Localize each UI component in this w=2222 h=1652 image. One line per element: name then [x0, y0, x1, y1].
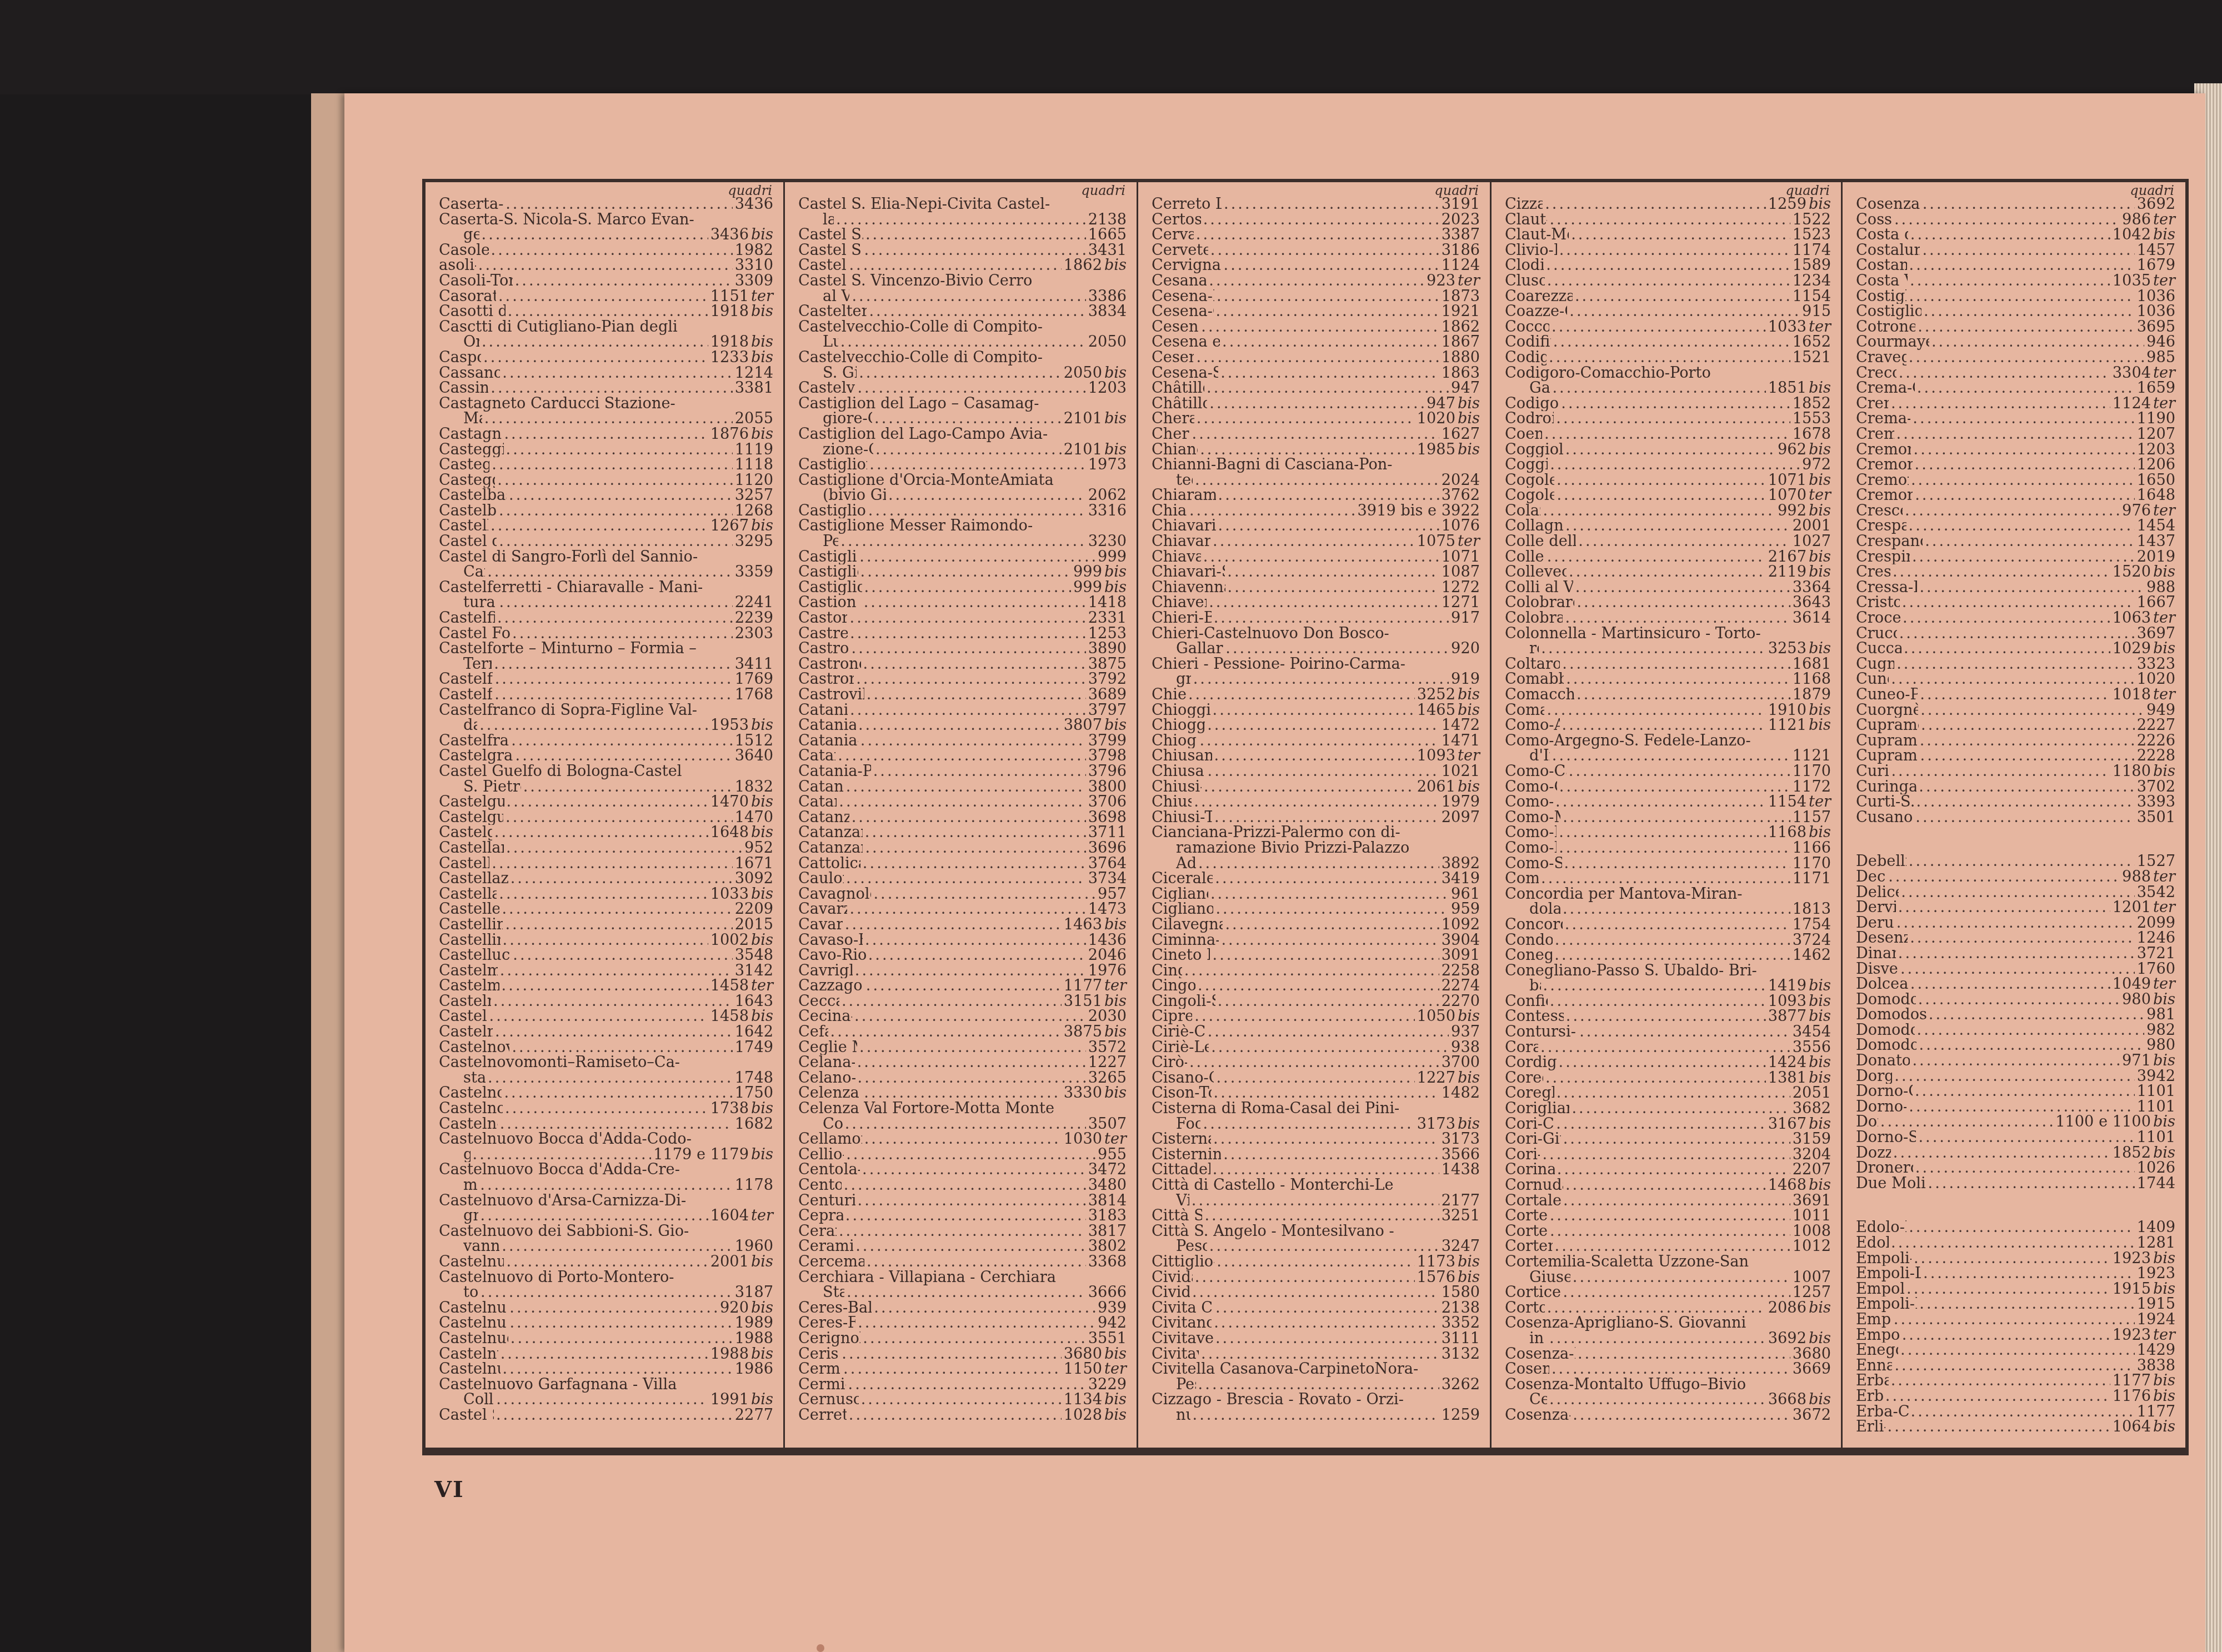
leader-dots	[865, 840, 1085, 856]
entry-name: Castel S. Angelo-Visso	[439, 1408, 494, 1423]
index-entry: Como-Argegno-Menaggio1121bis	[1505, 718, 1831, 733]
table-number: 952	[744, 840, 773, 856]
leader-dots	[1922, 243, 2134, 258]
leader-dots	[506, 442, 733, 458]
index-entry: Corticelle Pieve-Rovato1257	[1505, 1285, 1831, 1300]
index-entry: Castelnovomonti-Sassuolo1750	[439, 1085, 773, 1101]
table-number: 3643	[1793, 595, 1831, 610]
leader-dots	[508, 304, 708, 319]
leader-dots	[844, 1178, 1086, 1193]
table-suffix: bis	[1104, 441, 1127, 458]
table-number: 1119	[735, 442, 773, 458]
table-number: 2062	[1088, 488, 1127, 503]
table-number: 1012	[1793, 1239, 1831, 1254]
table-suffix: ter	[1809, 487, 1831, 504]
entry-name: Cori-Stazione	[1505, 1147, 1540, 1163]
index-entry: Corato-Trani3556	[1505, 1040, 1831, 1055]
entry-name: asoli-Stazione	[439, 258, 476, 273]
entry-name-line: Codigoro-Comacchio-Porto	[1505, 366, 1831, 381]
leader-dots	[1552, 748, 1790, 764]
table-suffix: bis	[2153, 991, 2175, 1008]
entry-name: Castel del Monte-Ofena	[439, 534, 497, 549]
leader-dots	[847, 1285, 1086, 1300]
table-suffix: ter	[2153, 395, 2175, 412]
table-number: 1988bis	[710, 1346, 773, 1362]
index-entry: Contessa Entellina-Stazione3877bis	[1505, 1009, 1831, 1024]
entry-name: Chiavari-Rezzoaglio	[1152, 549, 1201, 565]
entry-name: Castiglione Tin.-S. Stefano B.	[798, 580, 862, 595]
entry-name: Cressa-Fontaneto-Oleggio	[1856, 580, 1917, 595]
entry-name: Cirò-Stazione	[1152, 1055, 1187, 1070]
index-entry: Castronovo-Stazione3890	[798, 641, 1127, 657]
entry-name: Chiaramonti-Sassari	[1152, 503, 1187, 519]
table-number: 3734	[1088, 871, 1127, 887]
entry-name: Disvetro-Modena	[1856, 962, 1898, 977]
table-number: 1512	[735, 733, 773, 749]
entry-name: Celana-Caprino-Olgiate	[798, 1055, 855, 1070]
leader-dots	[505, 1101, 708, 1117]
table-number: 999bis	[1073, 580, 1127, 595]
table-number: 1915bis	[2113, 1281, 2175, 1297]
table-number: 3257	[735, 488, 773, 503]
index-entry: Castiglione M. Marino-Atessa3316	[798, 503, 1127, 519]
leader-dots	[1563, 810, 1790, 825]
entry-name: Desenzano-Cunettone	[1856, 930, 1908, 946]
leader-dots	[1192, 1285, 1439, 1300]
entry-name: Due Molini (Modena)-Formigine	[1856, 1176, 1926, 1192]
entry-name: Cugnoli-Alanno	[1856, 657, 1894, 672]
index-entry: Enego-Primolano1429	[1856, 1343, 2175, 1358]
table-number: 923ter	[1427, 273, 1480, 289]
entry-name: Chiavari-Frisolino-Rivo Orti	[1152, 518, 1216, 534]
leader-dots	[849, 1408, 1062, 1423]
entry-name: Colli al Volturno-Cassino Staz.	[1505, 580, 1573, 595]
leader-dots	[1193, 1408, 1439, 1423]
entry-name: Castelnovomonti-Villaminozzo	[439, 1101, 503, 1117]
entry-name: Cervignano Lodig.-Melegnano.	[1152, 258, 1222, 273]
index-entry: Cingoli-S. Severino Marche2270	[1152, 994, 1480, 1009]
table-suffix: ter	[751, 977, 773, 994]
leader-dots	[1919, 1038, 2144, 1053]
leader-dots	[1569, 304, 1800, 319]
table-suffix: bis	[751, 793, 773, 810]
entry-name: Cupramontana-Staffolo-Jesi	[1856, 748, 1918, 764]
entry-name: Castelfranco-Modena	[439, 687, 492, 703]
index-entry: Ceccano-Stazione3151bis	[798, 994, 1127, 1009]
table-number: 1020bis	[1417, 411, 1480, 427]
table-number: 1982	[735, 243, 773, 258]
index-entry: Castelnuovo di Porto-Montero-tondo3187	[439, 1270, 773, 1300]
table-number: 1910bis	[1768, 703, 1831, 718]
leader-dots	[830, 1024, 1062, 1040]
table-number: 3092	[735, 871, 773, 887]
leader-dots	[1203, 1117, 1414, 1132]
leader-dots	[1557, 488, 1765, 503]
index-entry: Curti-S. Cipriano-Salerno3393	[1856, 794, 2175, 810]
entry-name: Cesena-Bagno di Romagna	[1152, 289, 1214, 304]
leader-dots	[1563, 1132, 1790, 1147]
leader-dots	[1919, 580, 2144, 595]
entry-name: Ceccano-Stazione	[798, 994, 839, 1009]
entry-name: Dorno-S. Nazzaro-Mortara	[1856, 1130, 1916, 1145]
table-number: 1028bis	[1064, 1408, 1127, 1423]
table-number: 3167bis	[1768, 1117, 1831, 1132]
table-number: 1643	[735, 994, 773, 1009]
entry-name: Cherso-Ossero	[1152, 427, 1190, 442]
entry-name: Chiavenna-Castasegna	[1152, 595, 1207, 610]
entry-name: Edolo-Tirano	[1856, 1235, 1889, 1251]
table-suffix: ter	[2153, 686, 2175, 703]
table-number: 3792	[1088, 672, 1127, 687]
table-suffix: ter	[2153, 364, 2175, 382]
table-number: 1008	[1793, 1224, 1831, 1239]
entry-name: Castelnovomonti-Sassuolo	[439, 1085, 502, 1101]
entry-name: Chiusano-Retorbido-Voghera	[1152, 748, 1212, 764]
entry-name: giore-Castiglion del Lago	[823, 411, 872, 427]
index-entry: Erba-Cantù1176bis	[1856, 1389, 2175, 1404]
index-entry: Cosenza-Aprigliano-S. Giovanniin Fiore36…	[1505, 1315, 1831, 1346]
table-number: 942	[1098, 1315, 1127, 1331]
index-entry: Colli al Volturno-Cassino Staz.3364	[1505, 580, 1831, 595]
table-number: 2061bis	[1417, 779, 1480, 795]
index-entry: Castiglion del Lago – Casamag-giore-Cast…	[798, 396, 1127, 427]
entry-name: Costa Vescovato-Tortona	[1856, 273, 1908, 289]
index-entry: Costa di Morbello-Acqui.1042bis	[1856, 227, 2175, 243]
table-number: 3691	[1793, 1193, 1831, 1209]
table-number: 3183	[1088, 1208, 1127, 1224]
entry-name: Codigoro-Formignana.	[1505, 396, 1559, 412]
entry-name: Castel S. Lorenzo-Capaccio	[798, 243, 862, 258]
table-number: 1418	[1088, 595, 1127, 610]
entry-name-line: Castelnovomonti–Ramiseto–Ca-	[439, 1055, 773, 1070]
index-entry: Cortemilia-Acqui1011	[1505, 1208, 1831, 1224]
table-suffix: bis	[2153, 1388, 2175, 1405]
entry-name: Comano-Licciana	[1505, 703, 1544, 718]
index-entry: Colazza-Meina992bis	[1505, 503, 1831, 519]
leader-dots	[1898, 946, 2135, 962]
entry-name-line: Castelvecchio-Colle di Compito-	[798, 319, 1127, 335]
index-entry: Cesana-Sauze di Cesana923ter	[1152, 273, 1480, 289]
leader-dots	[859, 1040, 1086, 1055]
leader-dots	[1564, 856, 1790, 872]
table-number: 1463bis	[1064, 917, 1127, 933]
entry-name: tura Tabacchi	[463, 595, 497, 610]
index-entry: Cavarzere-Chioggia1473	[798, 902, 1127, 917]
table-suffix: bis	[2153, 1144, 2175, 1162]
leader-dots	[1565, 518, 1790, 534]
leader-dots	[492, 856, 732, 872]
leader-dots	[1217, 289, 1439, 304]
entry-name: Centola-S. Giovanni a Piro	[798, 1162, 860, 1178]
entry-name: Castellazzara-Acquapendente	[439, 871, 508, 887]
entry-name: stagneto	[463, 1070, 486, 1086]
entry-name: Cori-Cisterna di Roma	[1505, 1117, 1554, 1132]
index-entry: Dolceacqua-Monte Carlo1049ter	[1856, 977, 2175, 992]
index-entry: Cori-Giulianello-Velletri3159	[1505, 1132, 1831, 1147]
index-entry: Crema-Vailate-Treviglio1190	[1856, 411, 2175, 427]
table-number: 3566	[1442, 1147, 1480, 1163]
table-number: 1268	[735, 503, 773, 519]
leader-dots	[515, 273, 733, 289]
leader-dots	[1885, 1389, 2110, 1404]
leader-dots	[512, 1040, 732, 1055]
table-suffix: ter	[1104, 1130, 1127, 1148]
table-number: 1234	[1793, 273, 1831, 289]
entry-name: Cremona-Castelvisconti	[1856, 442, 1911, 458]
table-number: 1527	[2137, 854, 2175, 869]
index-entry: Cividale-Udine1580	[1152, 1285, 1480, 1300]
leader-dots	[1894, 1358, 2134, 1374]
table-number: 1876bis	[710, 427, 773, 442]
table-number: 3542	[2137, 885, 2175, 900]
table-number: 3111	[1442, 1331, 1480, 1346]
leader-dots	[839, 1224, 1086, 1239]
leader-dots	[489, 1009, 708, 1024]
table-number: 1681	[1793, 657, 1831, 672]
index-entry: Cigliano-Alice Castello961	[1152, 887, 1480, 902]
leader-dots	[1201, 319, 1439, 335]
leader-dots	[1880, 1114, 2053, 1130]
entry-name: Costa di Morbello-Acqui.	[1856, 227, 1908, 243]
entry-name: Castrezzato-Brescia	[798, 626, 848, 642]
index-entry: Castellazzara-Acquapendente3092	[439, 871, 773, 887]
table-number: 1049ter	[2113, 977, 2175, 992]
entry-name: Castelmassa-Ostiglia	[439, 1009, 487, 1024]
index-entry: Chiaramonti-Sassari3919 bis e 3922	[1152, 503, 1480, 519]
index-entry: Cisterna di Roma-Casal dei Pini-Foce Ver…	[1152, 1101, 1480, 1132]
leader-dots	[869, 304, 1085, 319]
index-entry: Civitavecchia-Tolfa3132	[1152, 1346, 1480, 1362]
index-entry: Cupramontana-Castelplanio2227	[1856, 718, 2175, 733]
table-number: 3614	[1793, 610, 1831, 626]
entry-name: Crespano-Castelfranco Veneto	[1856, 534, 1923, 549]
index-entry: Castiglione Tinella-Alba999	[798, 549, 1127, 565]
index-entry: Empoli-Limite-Capraia1915bis	[1856, 1281, 2175, 1297]
index-entry: Cossogno-Intra986ter	[1856, 212, 2175, 228]
table-number: 3252bis	[1417, 687, 1480, 703]
leader-dots	[506, 1254, 708, 1270]
leader-dots	[500, 963, 733, 979]
table-number: 1281	[2137, 1235, 2175, 1251]
index-entry: Castelbelforte-Mantova1268	[439, 503, 773, 519]
table-number: 1471	[1442, 733, 1480, 749]
entry-name-line: Cisterna di Roma-Casal dei Pini-	[1152, 1101, 1480, 1117]
entry-name: Domodossola-Antrona-Piana	[1856, 992, 1916, 1008]
leader-dots	[1557, 473, 1766, 488]
table-number: 3682	[1793, 1101, 1831, 1117]
index-entry: Châtillon-St. Vincent947	[1152, 381, 1480, 396]
table-number: 2270	[1442, 994, 1480, 1009]
entry-name: Cefalù-Colla	[798, 1024, 828, 1040]
entry-name: Deruta-Perugia	[1856, 915, 1894, 931]
entry-name: Crema-Milano	[1856, 396, 1889, 412]
entry-name: Castelfranco-Bologna	[439, 672, 493, 687]
entry-name: Coggiola-Roasio-Gattinara	[1505, 442, 1563, 458]
index-entry: Chiavari-Frisolino-Rivo Orti1076	[1152, 518, 1480, 534]
entry-name: Collagna-Fivizzano-Aulla	[1505, 518, 1563, 534]
index-entry: Castelfranco di Sopra-Figline Val-darno1…	[439, 703, 773, 733]
table-number: 1988	[735, 1331, 773, 1346]
table-number: 1190	[2137, 411, 2175, 427]
entry-name: Civitavecchia-Tolfa	[1152, 1346, 1199, 1362]
leader-dots	[506, 840, 742, 856]
table-suffix: bis	[751, 717, 773, 734]
index-entry: Catanzaro-Petilia Policastro3711	[798, 825, 1127, 840]
table-suffix: bis	[1104, 364, 1127, 382]
index-entry: Cizzago - Brescia - Rovato - Orzi-nuovi1…	[1152, 1392, 1480, 1423]
table-number: 1879	[1793, 687, 1831, 703]
leader-dots	[1888, 1419, 2110, 1435]
table-suffix: bis	[1104, 257, 1127, 274]
leader-dots	[1555, 933, 1790, 948]
entry-name: Cerami-Troina-Catania	[798, 1239, 853, 1254]
table-number: 1207	[2137, 427, 2175, 442]
leader-dots	[499, 503, 733, 519]
entry-name: Cogoleto-Sciarborasca	[1505, 488, 1554, 503]
entry-name: Castelfranco Veneto-Possagno	[439, 733, 509, 749]
entry-name: reto	[1529, 641, 1539, 657]
leader-dots	[1898, 900, 2110, 915]
leader-dots	[850, 703, 1086, 718]
index-entry: Casteltermini-Acquaviva Staz.3834	[798, 304, 1127, 319]
leader-dots	[499, 887, 708, 902]
leader-dots	[1891, 672, 2134, 687]
index-entry: Domodossola-S. Lorenzo982	[1856, 1023, 2175, 1038]
entry-name: Cigliano-Livorno Ferraris	[1152, 902, 1213, 917]
leader-dots	[1912, 1053, 2120, 1069]
leader-dots	[1896, 915, 2135, 931]
index-entry: Cusano Mutri-Benevento3501	[1856, 810, 2175, 825]
table-number: 1168	[1793, 672, 1831, 687]
index-entry: Erba-Carella Mariaga.1177	[1856, 1404, 2175, 1420]
leader-dots	[498, 289, 708, 304]
leader-dots	[854, 1009, 1086, 1024]
table-number: 1134bis	[1064, 1392, 1127, 1408]
table-number: 3724	[1793, 933, 1831, 948]
table-number: 1589	[1793, 258, 1831, 273]
table-suffix: ter	[1809, 318, 1831, 336]
leader-dots	[867, 687, 1086, 703]
table-number: 3091	[1442, 948, 1480, 963]
table-number: 1665	[1088, 227, 1127, 243]
entry-name: Castiglion Fiorentino Stazione	[798, 457, 867, 473]
index-entry: Ceres-Balme-Piano della Mussa939	[798, 1300, 1127, 1316]
entry-name: Cerreto Laziale-Ponte Terenzio	[1152, 197, 1222, 212]
table-number: 1100 e 1100bis	[2055, 1114, 2175, 1130]
index-entry: Chiusi-Acquapendente2061bis	[1152, 779, 1480, 795]
leader-dots	[1213, 1132, 1439, 1147]
leader-dots	[481, 1208, 708, 1224]
index-entry: Coredo-Dermulo1381bis	[1505, 1070, 1831, 1086]
entry-name: Cisternino-Cisternino Stazione	[1152, 1147, 1221, 1163]
leader-dots	[888, 488, 1086, 503]
table-suffix: bis	[751, 885, 773, 903]
table-suffix: bis	[1104, 579, 1127, 596]
index-entry: Como-Dongo-Garzeno1154ter	[1505, 794, 1831, 810]
index-entry: Domodossola-Antrona-Piana980bis	[1856, 992, 2175, 1008]
entry-name: Cison-Tovena-Conegliano	[1152, 1085, 1212, 1101]
table-suffix: bis	[2153, 226, 2175, 243]
entry-name: Cupramontana-Jesi-Ancona	[1856, 733, 1918, 749]
table-number: 3507	[1088, 1117, 1127, 1132]
table-number: 3436	[735, 197, 773, 212]
entry-name: Cividale-Udine	[1152, 1285, 1190, 1300]
table-suffix: bis	[1809, 548, 1831, 565]
entry-name: Crema-Codogno-Piacenza	[1856, 381, 1915, 396]
entry-name: tondo	[463, 1285, 478, 1300]
table-number: 1093bis	[1768, 994, 1831, 1009]
table-number: 3697	[2137, 626, 2175, 642]
entry-name: Clivio-Ligurno-Varese	[1505, 243, 1557, 258]
leader-dots	[509, 488, 733, 503]
leader-dots	[873, 887, 1095, 902]
entry-name: dola-Modena	[1529, 902, 1560, 917]
index-entry: Empoli-Cerreto Guidi-Vinci1923bis	[1856, 1251, 2175, 1266]
entry-name: Chiusi-Stazione	[1152, 794, 1192, 810]
entry-name: Casteggio-Montalto Pavese	[439, 442, 504, 458]
table-number: 3229	[1088, 1377, 1127, 1393]
entry-name: Clusone-Lovere	[1505, 273, 1545, 289]
leader-dots	[491, 243, 733, 258]
leader-dots	[1888, 869, 2120, 885]
table-number: 980	[2146, 1038, 2175, 1053]
leader-dots	[1896, 657, 2135, 672]
table-number: 1246	[2137, 930, 2175, 946]
entry-name: Contessa Entellina-Stazione	[1505, 1009, 1564, 1024]
index-entry: Cingoli-Iesi2258	[1152, 963, 1480, 979]
entry-name: Dorgali-Nuoro	[1856, 1069, 1892, 1084]
table-number: 1652	[1793, 334, 1831, 350]
table-number: 1915	[2137, 1296, 2175, 1312]
table-number: 1754	[1793, 917, 1831, 933]
entry-name-line: Chianni-Bagni di Casciana-Pon-	[1152, 457, 1480, 473]
leader-dots	[1556, 1117, 1765, 1132]
table-suffix: bis	[1104, 1345, 1127, 1363]
index-entry: Castelnuovo Garfagnana - VillaCollemandi…	[439, 1377, 773, 1408]
index-entry: Cavagnolo Staz.-Serralunga St.957	[798, 887, 1127, 902]
leader-dots	[1225, 641, 1449, 657]
index-entry: Chieri-Castelnuovo Don Bosco-Gallareto-P…	[1152, 626, 1480, 657]
leader-dots	[1193, 672, 1449, 687]
entry-name: Cernusco sul Naviglio-Melzo	[798, 1392, 859, 1408]
table-number: 992bis	[1778, 503, 1831, 519]
table-number: 3501	[2137, 810, 2175, 825]
leader-dots	[1209, 396, 1424, 412]
leader-dots	[861, 1392, 1062, 1408]
entry-name: Cuorgnè-Sale Castelnuovo	[1856, 703, 1918, 718]
leader-dots	[1563, 1193, 1790, 1209]
leader-dots	[1914, 1251, 2110, 1266]
index-entry: Cingoli-Macerata2274	[1152, 978, 1480, 994]
table-number: 3132	[1442, 1346, 1480, 1362]
table-suffix: ter	[2153, 1326, 2175, 1344]
leader-dots	[1546, 258, 1790, 273]
leader-dots	[1192, 427, 1439, 442]
index-column-1: quadri Caserta-Casagiove-Caserta3436Case…	[426, 182, 783, 1448]
table-number: 1521	[1793, 350, 1831, 366]
leader-dots	[505, 917, 732, 933]
leader-dots	[1919, 1296, 2134, 1312]
index-entry: Chiavari-Rezzoaglio1071	[1152, 549, 1480, 565]
table-number: 1033bis	[710, 887, 773, 902]
table-number: 1101	[2137, 1084, 2175, 1099]
table-number: 1976	[1088, 963, 1127, 979]
index-entry: Cremona-Roccabianca1650	[1856, 473, 2175, 488]
index-entry: Cellamonte-Casale Monferrato1030ter	[798, 1132, 1127, 1147]
entry-name: Cittadella-Gazzo-Vicenza	[1152, 1162, 1210, 1178]
index-entry: Castelvecchio-Colle di Compito-S. Ginese…	[798, 350, 1127, 381]
table-suffix: bis	[751, 1008, 773, 1025]
